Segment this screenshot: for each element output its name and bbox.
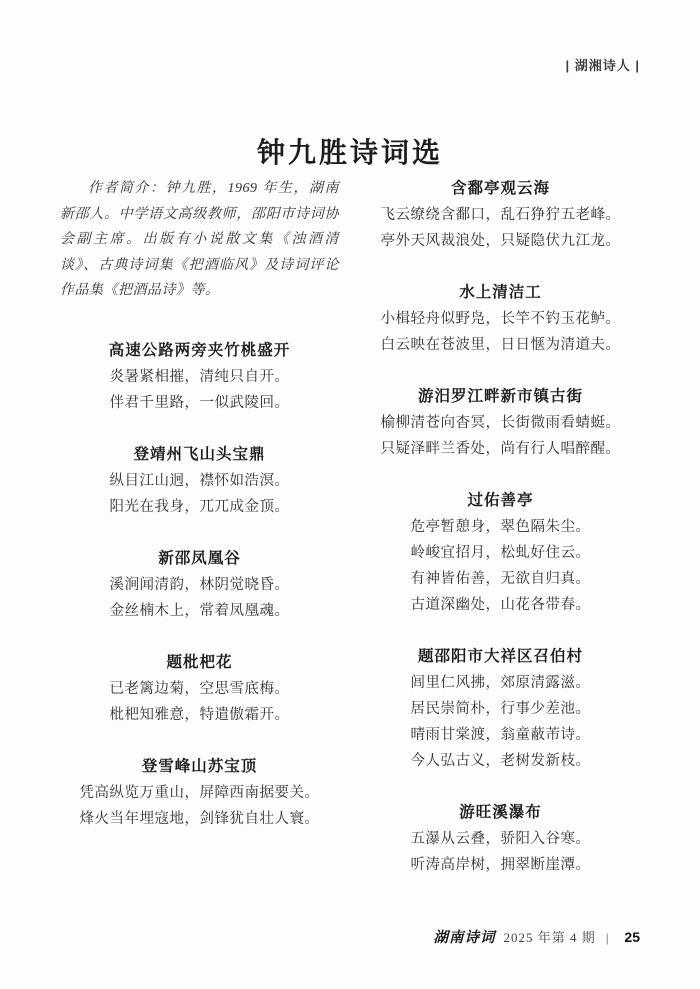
poem: 题枇杷花 已老篱边菊，空思雪底梅。 枇杷知雅意，特遣傲霜开。 [60,650,339,728]
poem-line: 凭高纵览万重山，屏障西南据要关。 [60,780,339,806]
poem: 含鄱亭观云海 飞云缭绕含鄱口，乱石狰狞五老峰。 亭外天风裁浪处，只疑隐伏九江龙。 [361,176,640,254]
poem-title: 登靖州飞山头宝鼎 [60,442,339,468]
poem-line: 居民崇简朴，行事少差池。 [361,696,640,722]
poem-line: 白云映在苍波里，日日惬为清道夫。 [361,332,640,358]
poem: 登靖州飞山头宝鼎 纵目江山迥，襟怀如浩溟。 阳光在我身，兀兀成金顶。 [60,442,339,520]
left-column: 作者简介：钟九胜，1969 年生，湖南新邵人。中学语文高级教师，邵阳市诗词协会副… [60,176,339,904]
poem: 登雪峰山苏宝顶 凭高纵览万重山，屏障西南据要关。 烽火当年埋寇地，剑锋犹自壮人寰… [60,754,339,832]
page-number: 25 [624,929,640,945]
magazine-page: | 湖湘诗人 | 钟九胜诗词选 作者简介：钟九胜，1969 年生，湖南新邵人。中… [0,0,700,989]
poem-line: 飞云缭绕含鄱口，乱石狰狞五老峰。 [361,202,640,228]
poem-line: 小楫轻舟似野凫，长竿不钓玉花鲈。 [361,306,640,332]
issue-label: 2025 年第 4 期 [504,927,596,946]
poem-line: 只疑泽畔兰香处，尚有行人唱醉醒。 [361,436,640,462]
poem: 游旺溪瀑布 五瀑从云叠，骄阳入谷寒。 听涛高岸树，拥翠断崖潭。 [361,800,640,878]
poem: 游汨罗江畔新市镇古街 榆柳清苍向杳冥，长街微雨看蜻蜓。 只疑泽畔兰香处，尚有行人… [361,384,640,462]
poem-line: 阳光在我身，兀兀成金顶。 [60,494,339,520]
poem-line: 伴君千里路，一似武陵回。 [60,390,339,416]
poem-line: 榆柳清苍向杳冥，长街微雨看蜻蜓。 [361,410,640,436]
poem-line: 枇杷知雅意，特遣傲霜开。 [60,702,339,728]
footer-separator: | [606,930,609,946]
poem-line: 岭峻宜招月，松虬好住云。 [361,540,640,566]
poem-title: 新邵凤凰谷 [60,546,339,572]
journal-name: 湖南诗词 [434,926,496,947]
poem-line: 溪涧闻清韵，林阴觉晓昏。 [60,572,339,598]
section-label: | 湖湘诗人 | [566,55,641,74]
poem: 水上清洁工 小楫轻舟似野凫，长竿不钓玉花鲈。 白云映在苍波里，日日惬为清道夫。 [361,280,640,358]
poem-title: 登雪峰山苏宝顶 [60,754,339,780]
poem-line: 危亭暂憩身，翠色隔朱尘。 [361,514,640,540]
poem-line: 烽火当年埋寇地，剑锋犹自壮人寰。 [60,806,339,832]
poem-title: 游旺溪瀑布 [361,800,640,826]
poem-line: 炎暑紧相摧，清纯只自开。 [60,364,339,390]
page-title: 钟九胜诗词选 [0,131,700,171]
poem-line: 听涛高岸树，拥翠断崖潭。 [361,852,640,878]
poem-line: 五瀑从云叠，骄阳入谷寒。 [361,826,640,852]
poem-line: 今人弘古义，老树发新枝。 [361,748,640,774]
poem: 题邵阳市大祥区召伯村 闾里仁风拂，郊原清露滋。 居民崇简朴，行事少差池。 晴雨甘… [361,644,640,774]
poem-line: 金丝楠木上，常着凤凰魂。 [60,598,339,624]
poem-title: 水上清洁工 [361,280,640,306]
poem-line: 已老篱边菊，空思雪底梅。 [60,676,339,702]
poem-line: 古道深幽处，山花各带春。 [361,592,640,618]
two-column-content: 作者简介：钟九胜，1969 年生，湖南新邵人。中学语文高级教师，邵阳市诗词协会副… [60,176,640,904]
poem-title: 高速公路两旁夹竹桃盛开 [60,338,339,364]
author-bio: 作者简介：钟九胜，1969 年生，湖南新邵人。中学语文高级教师，邵阳市诗词协会副… [60,176,339,304]
right-column: 含鄱亭观云海 飞云缭绕含鄱口，乱石狰狞五老峰。 亭外天风裁浪处，只疑隐伏九江龙。… [361,176,640,904]
poem: 高速公路两旁夹竹桃盛开 炎暑紧相摧，清纯只自开。 伴君千里路，一似武陵回。 [60,338,339,416]
poem-line: 纵目江山迥，襟怀如浩溟。 [60,468,339,494]
poem-title: 题枇杷花 [60,650,339,676]
poem-line: 有神皆佑善，无欲自归真。 [361,566,640,592]
poem-title: 题邵阳市大祥区召伯村 [361,644,640,670]
poem-line: 闾里仁风拂，郊原清露滋。 [361,670,640,696]
poem-title: 游汨罗江畔新市镇古街 [361,384,640,410]
poem-line: 晴雨甘棠渡，翁童蔽芾诗。 [361,722,640,748]
poem-line: 亭外天风裁浪处，只疑隐伏九江龙。 [361,228,640,254]
poem: 新邵凤凰谷 溪涧闻清韵，林阴觉晓昏。 金丝楠木上，常着凤凰魂。 [60,546,339,624]
poem: 过佑善亭 危亭暂憩身，翠色隔朱尘。 岭峻宜招月，松虬好住云。 有神皆佑善，无欲自… [361,488,640,618]
page-footer: 湖南诗词 2025 年第 4 期 | 25 [434,926,640,947]
poem-title: 含鄱亭观云海 [361,176,640,202]
poem-title: 过佑善亭 [361,488,640,514]
